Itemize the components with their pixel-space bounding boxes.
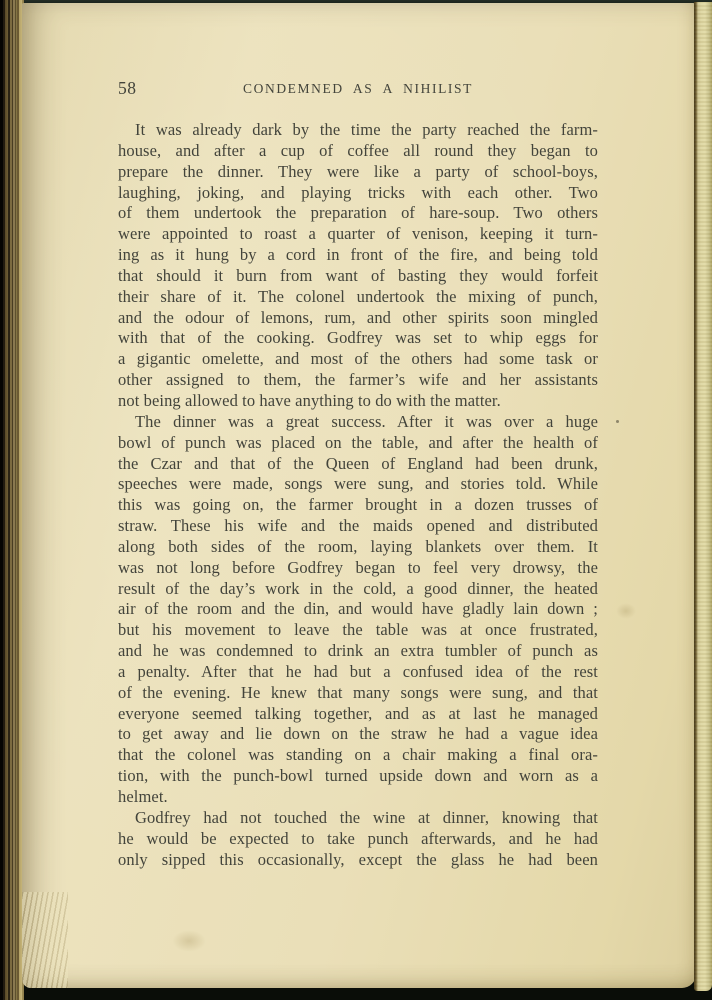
body-text: It was already dark by the time the part…	[118, 120, 598, 870]
text-line: the Czar and that of the Queen of Englan…	[118, 454, 598, 475]
text-line: he would be expected to take punch after…	[118, 829, 598, 850]
text-line: other assigned to them, the farmer’s wif…	[118, 370, 598, 391]
page-stack-corner	[22, 892, 68, 988]
text-line: not being allowed to have anything to do…	[118, 391, 598, 412]
text-line: air of the room and the din, and would h…	[118, 599, 598, 620]
text-line: but his movement to leave the table was …	[118, 620, 598, 641]
text-line: straw. These his wife and the maids open…	[118, 516, 598, 537]
text-line: along both sides of the room, laying bla…	[118, 537, 598, 558]
text-line: this was going on, the farmer brought in…	[118, 495, 598, 516]
paragraph: The dinner was a great success. After it…	[118, 412, 598, 808]
text-line: and he was condemned to drink an extra t…	[118, 641, 598, 662]
page-fleck	[616, 420, 619, 423]
text-line: a penalty. After that he had but a confu…	[118, 662, 598, 683]
text-line: tion, with the punch-bowl turned upside …	[118, 766, 598, 787]
text-line: was not long before Godfrey began to fee…	[118, 558, 598, 579]
text-line: prepare the dinner. They were like a par…	[118, 162, 598, 183]
text-line: bowl of punch was placed on the table, a…	[118, 433, 598, 454]
page-fore-edge	[694, 2, 712, 991]
paragraph: It was already dark by the time the part…	[118, 120, 598, 412]
text-line: a gigantic omelette, and most of the oth…	[118, 349, 598, 370]
text-line: their share of it. The colonel undertook…	[118, 287, 598, 308]
page-stain	[172, 930, 206, 952]
page-stain	[616, 603, 636, 619]
text-line: speeches were made, songs were sung, and…	[118, 474, 598, 495]
text-line: helmet.	[118, 787, 598, 808]
running-title: CONDEMNED AS A NIHILIST	[118, 78, 598, 97]
paragraph: Godfrey had not touched the wine at dinn…	[118, 808, 598, 871]
text-line: to get away and lie down on the straw he…	[118, 724, 598, 745]
text-line: and the odour of lemons, rum, and other …	[118, 308, 598, 329]
text-line: with that of the cooking. Godfrey was se…	[118, 328, 598, 349]
page-header: 58 CONDEMNED AS A NIHILIST	[118, 78, 598, 99]
text-line: of the evening. He knew that many songs …	[118, 683, 598, 704]
text-line: that the colonel was standing on a chair…	[118, 745, 598, 766]
text-line: that should it burn from want of basting…	[118, 266, 598, 287]
text-block: 58 CONDEMNED AS A NIHILIST It was alread…	[118, 3, 598, 870]
text-line: house, and after a cup of coffee all rou…	[118, 141, 598, 162]
text-line: laughing, joking, and playing tricks wit…	[118, 183, 598, 204]
text-line: of them undertook the preparation of har…	[118, 203, 598, 224]
scanned-book-photo: { "colors": { "scanner_background": "#0e…	[0, 0, 712, 1000]
book-page: 58 CONDEMNED AS A NIHILIST It was alread…	[22, 3, 696, 988]
text-line: were appointed to roast a quarter of ven…	[118, 224, 598, 245]
text-line: It was already dark by the time the part…	[118, 120, 598, 141]
text-line: everyone seemed talking together, and as…	[118, 704, 598, 725]
text-line: The dinner was a great success. After it…	[118, 412, 598, 433]
page-number: 58	[118, 78, 137, 99]
text-line: result of the day’s work in the cold, a …	[118, 579, 598, 600]
text-line: Godfrey had not touched the wine at dinn…	[118, 808, 598, 829]
text-line: only sipped this occasionally, except th…	[118, 850, 598, 871]
book-binding-edge	[0, 0, 24, 1000]
text-line: ing as it hung by a cord in front of the…	[118, 245, 598, 266]
